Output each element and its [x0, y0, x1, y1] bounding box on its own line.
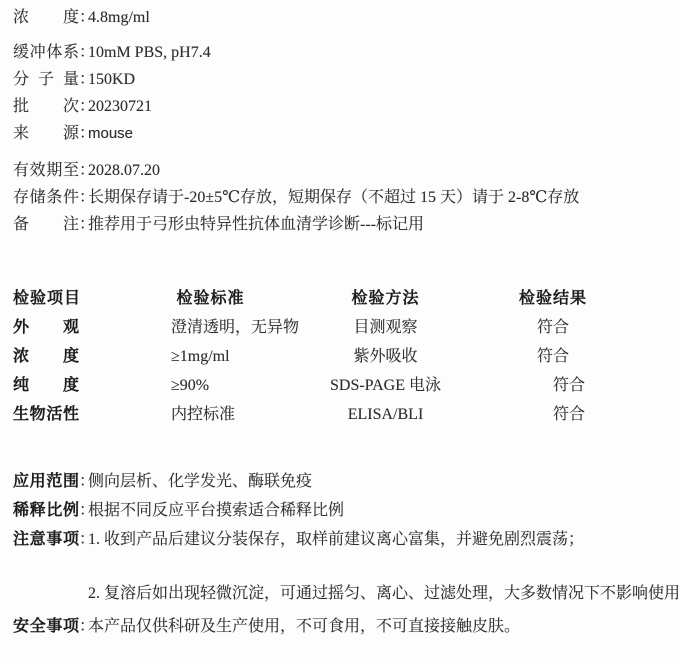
cell-standard: ≥90% [123, 371, 298, 400]
cell-standard: ≥1mg/ml [123, 342, 298, 371]
field-label: 应用范围 [13, 467, 79, 496]
cell-standard: 内控标准 [123, 400, 298, 429]
field-source: 来源：mouse [13, 120, 681, 147]
cell-standard: 澄清透明，无异物 [123, 313, 298, 342]
field-label: 存储条件 [13, 184, 79, 211]
table-row-appearance: 外观 澄清透明，无异物 目测观察 符合 [13, 313, 681, 342]
field-concentration: 浓度：4.8mg/ml [13, 4, 681, 31]
cell-item: 外观 [13, 313, 79, 342]
field-label: 注意事项 [13, 525, 79, 554]
field-application: 应用范围：侧向层析、化学发光、酶联免疫 [13, 467, 681, 496]
field-value: 侧向层析、化学发光、酶联免疫 [88, 467, 312, 496]
table-row-bioactivity: 生物活性 内控标准 ELISA/BLI 符合 [13, 400, 681, 429]
cell-item: 浓度 [13, 342, 79, 371]
field-value: 根据不同反应平台摸索适合稀释比例 [88, 496, 344, 525]
field-value: 150KD [88, 66, 135, 93]
product-coa-document: 浓度：4.8mg/ml 缓冲体系：10mM PBS, pH7.4 分子量：150… [0, 0, 681, 664]
field-value: 10mM PBS, pH7.4 [88, 39, 211, 66]
field-precautions: 注意事项：1. 收到产品后建议分装保存，取样前建议离心富集，并避免剧烈震荡； [13, 525, 681, 554]
cell-method: ELISA/BLI [298, 400, 473, 429]
field-label: 有效期至 [13, 157, 79, 184]
field-label: 浓度 [13, 4, 79, 31]
header-item: 检验项目 [13, 285, 123, 313]
field-label: 稀释比例 [13, 496, 79, 525]
header-standard: 检验标准 [123, 285, 298, 313]
field-value: 推荐用于弓形虫特异性抗体血清学诊断---标记用 [88, 211, 424, 238]
inspection-table: 检验项目 检验标准 检验方法 检验结果 外观 澄清透明，无异物 目测观察 符合 … [13, 285, 681, 429]
field-value: 4.8mg/ml [88, 4, 150, 31]
field-storage: 存储条件：长期保存请于-20±5℃存放，短期保存（不超过 15 天）请于 2-8… [13, 184, 681, 211]
field-label: 缓冲体系 [13, 39, 79, 66]
field-batch: 批次：20230721 [13, 93, 681, 120]
header-method: 检验方法 [298, 285, 473, 313]
field-dilution: 稀释比例：根据不同反应平台摸索适合稀释比例 [13, 496, 681, 525]
cell-result: 符合 [473, 313, 633, 342]
cell-method: SDS-PAGE 电泳 [298, 371, 473, 400]
field-expiry: 有效期至：2028.07.20 [13, 157, 681, 184]
field-safety: 安全事项：本产品仅供科研及生产使用，不可食用，不可直接接触皮肤。 [13, 612, 681, 641]
precaution-continuation: 2. 复溶后如出现轻微沉淀，可通过摇匀、离心、过滤处理，大多数情况下不影响使用； [13, 579, 681, 608]
cell-result: 符合 [473, 400, 633, 429]
field-label: 安全事项 [13, 612, 79, 641]
field-label: 分子量 [13, 66, 79, 93]
header-result: 检验结果 [473, 285, 633, 313]
cell-item: 生物活性 [13, 400, 79, 429]
table-row-concentration: 浓度 ≥1mg/ml 紫外吸收 符合 [13, 342, 681, 371]
field-buffer: 缓冲体系：10mM PBS, pH7.4 [13, 39, 681, 66]
precaution-item-2: 2. 复溶后如出现轻微沉淀，可通过摇匀、离心、过滤处理，大多数情况下不影响使用； [88, 579, 681, 608]
field-molecular-weight: 分子量：150KD [13, 66, 681, 93]
cell-method: 紫外吸收 [298, 342, 473, 371]
cell-method: 目测观察 [298, 313, 473, 342]
field-value: 20230721 [88, 93, 152, 120]
table-row-purity: 纯度 ≥90% SDS-PAGE 电泳 符合 [13, 371, 681, 400]
field-remark: 备注：推荐用于弓形虫特异性抗体血清学诊断---标记用 [13, 211, 681, 238]
field-value: 长期保存请于-20±5℃存放，短期保存（不超过 15 天）请于 2-8℃存放 [88, 184, 579, 211]
cell-result: 符合 [473, 342, 633, 371]
field-value: 2028.07.20 [88, 157, 160, 184]
indent-spacer [13, 579, 88, 608]
field-value: 本产品仅供科研及生产使用，不可食用，不可直接接触皮肤。 [88, 612, 520, 641]
table-header-row: 检验项目 检验标准 检验方法 检验结果 [13, 285, 681, 313]
precaution-item-1: 1. 收到产品后建议分装保存，取样前建议离心富集，并避免剧烈震荡； [88, 525, 584, 554]
field-label: 来源 [13, 120, 79, 147]
field-label: 备注 [13, 211, 79, 238]
field-value: mouse [88, 120, 133, 147]
field-label: 批次 [13, 93, 79, 120]
cell-result: 符合 [473, 371, 633, 400]
cell-item: 纯度 [13, 371, 79, 400]
